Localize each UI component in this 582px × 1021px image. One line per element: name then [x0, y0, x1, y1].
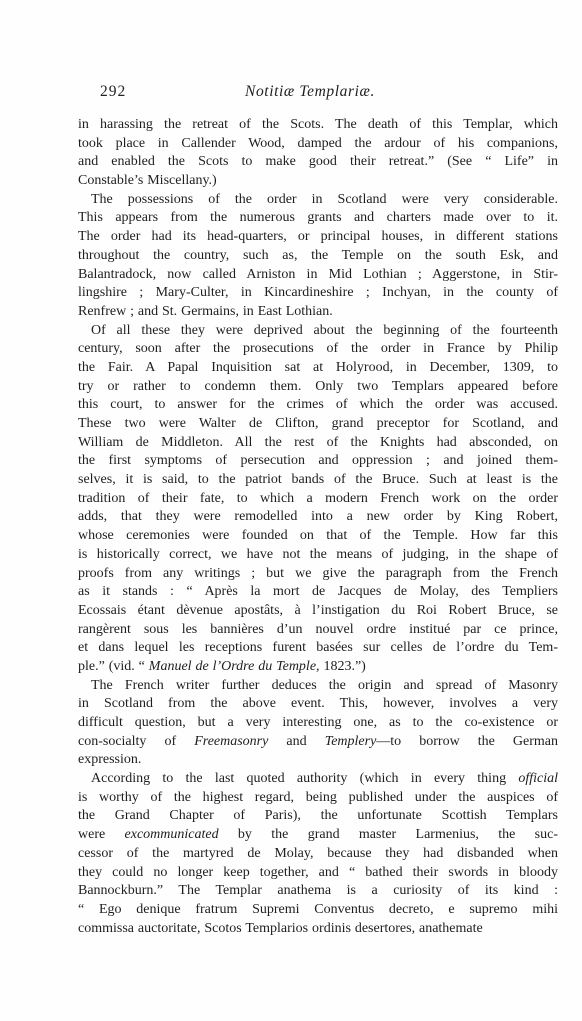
text-line: the Fair. A Papal Inquisition sat at Hol…: [78, 359, 558, 378]
text-line: they could no longer keep together, and …: [78, 864, 558, 883]
paragraph: The possessions of the order in Scotland…: [78, 191, 558, 322]
text-line: lingshire ; Mary-Culter, in Kincardinesh…: [78, 284, 558, 303]
text-line: adds, that they were remodelled into a n…: [78, 508, 558, 527]
text-line: This appears from the numerous grants an…: [78, 209, 558, 228]
text-line: The order had its head-quarters, or prin…: [78, 228, 558, 247]
text-line: were excommunicated by the grand master …: [78, 826, 558, 845]
text-line: selves, it is said, to the patriot bands…: [78, 471, 558, 490]
text-line: in Scotland from the above event. This, …: [78, 695, 558, 714]
text-line: ple.” (vid. “ Manuel de l’Ordre du Templ…: [78, 658, 558, 677]
text-line: “ Ego denique fratrum Supremi Conventus …: [78, 901, 558, 920]
paragraph: Of all these they were deprived about th…: [78, 322, 558, 677]
text-line: tradition of their fate, to which a mode…: [78, 490, 558, 509]
text-line: William de Middleton. All the rest of th…: [78, 434, 558, 453]
text-line: century, soon after the prosecutions of …: [78, 340, 558, 359]
text-line: proofs from any writings ; but we give t…: [78, 565, 558, 584]
book-page: 292 Notitiæ Templariæ. in harassing the …: [0, 0, 582, 1021]
text-line: in harassing the retreat of the Scots. T…: [78, 116, 558, 135]
text-line: is historically correct, we have not the…: [78, 546, 558, 565]
text-line: rangèrent sous les bannières d’un nouvel…: [78, 621, 558, 640]
text-line: expression.: [78, 751, 558, 770]
running-title: Notitiæ Templariæ.: [78, 83, 542, 101]
text-line: The French writer further deduces the or…: [78, 677, 558, 696]
text-line: According to the last quoted authority (…: [78, 770, 558, 789]
text-line: took place in Callender Wood, damped the…: [78, 135, 558, 154]
text-line: et dans lequel les receptions furent bas…: [78, 639, 558, 658]
text-line: Of all these they were deprived about th…: [78, 322, 558, 341]
text-line: Bannockburn.” The Templar anathema is a …: [78, 882, 558, 901]
text-line: this court, to answer for the crimes of …: [78, 396, 558, 415]
text-line: The possessions of the order in Scotland…: [78, 191, 558, 210]
paragraph: According to the last quoted authority (…: [78, 770, 558, 938]
text-line: and enabled the Scots to make good their…: [78, 153, 558, 172]
text-line: cessor of the martyred de Molay, because…: [78, 845, 558, 864]
text-line: try or rather to condemn them. Only two …: [78, 378, 558, 397]
text-line: Renfrew ; and St. Germains, in East Loth…: [78, 303, 558, 322]
text-line: Balantradock, now called Arniston in Mid…: [78, 266, 558, 285]
text-line: throughout the country, such as, the Tem…: [78, 247, 558, 266]
text-line: These two were Walter de Clifton, grand …: [78, 415, 558, 434]
paragraph: in harassing the retreat of the Scots. T…: [78, 116, 558, 191]
paragraph: The French writer further deduces the or…: [78, 677, 558, 770]
text-line: as it stands : “ Après la mort de Jacque…: [78, 583, 558, 602]
page-header: 292 Notitiæ Templariæ.: [78, 83, 558, 105]
text-line: the first symptoms of persecution and op…: [78, 452, 558, 471]
text-line: the Grand Chapter of Paris), the unfortu…: [78, 807, 558, 826]
page-body: in harassing the retreat of the Scots. T…: [78, 116, 558, 938]
text-line: is worthy of the highest regard, being p…: [78, 789, 558, 808]
text-line: con-socialty of Freemasonry and Templery…: [78, 733, 558, 752]
text-line: commissa auctoritate, Scotos Templarios …: [78, 920, 558, 939]
text-line: Constable’s Miscellany.): [78, 172, 558, 191]
text-line: Ecossais étant dèvenue apostâts, à l’ins…: [78, 602, 558, 621]
text-line: difficult question, but a very interesti…: [78, 714, 558, 733]
text-line: whose ceremonies were founded on that of…: [78, 527, 558, 546]
